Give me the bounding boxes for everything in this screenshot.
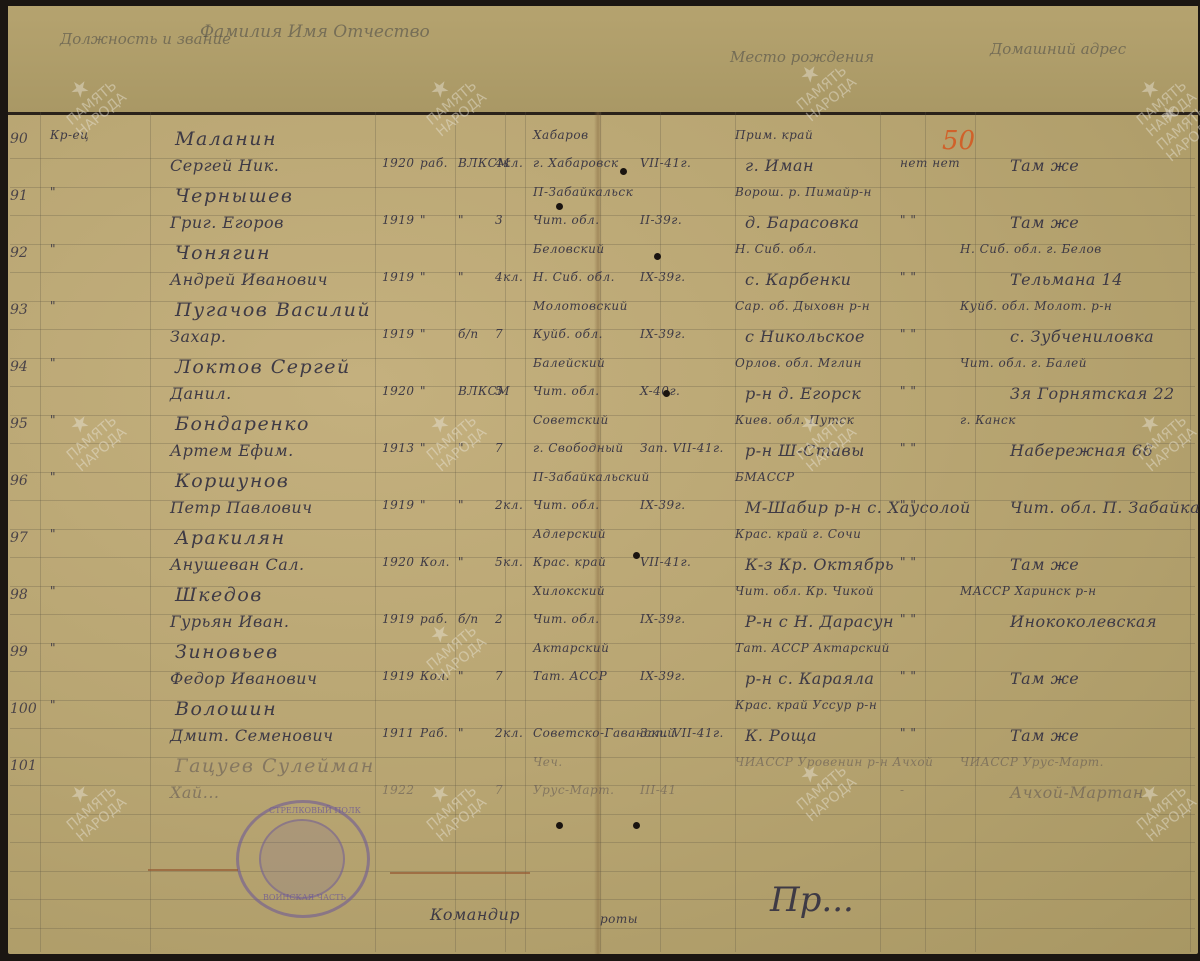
row-number: 95 xyxy=(10,416,28,432)
birth-year-cell: 1913 xyxy=(382,441,415,455)
social-origin-cell: Раб. xyxy=(420,726,448,740)
social-origin-cell: " xyxy=(420,270,426,284)
marks-cell: " " xyxy=(900,213,916,227)
birthplace-line2: д. Барасовка xyxy=(745,213,859,232)
birth-year-cell: 1911 xyxy=(382,726,415,740)
birth-year-cell: 1920 xyxy=(382,384,415,398)
draft-region-cell: г. Свободный xyxy=(533,441,624,455)
surname-cell: Локтов Сергей xyxy=(175,356,351,378)
birthplace-line2: г. Иман xyxy=(745,156,814,175)
given-name-cell: Захар. xyxy=(170,327,226,346)
draft-office-cell: П-Забайкальск xyxy=(533,185,633,199)
rank-cell: " xyxy=(50,185,56,199)
home-address-line2: Чит. обл. П. Забайкальск xyxy=(1010,498,1200,517)
home-address-line2: Там же xyxy=(1010,726,1079,745)
punch-hole xyxy=(556,203,563,210)
rank-cell: " xyxy=(50,698,56,712)
education-cell: 2кл. xyxy=(495,726,523,740)
given-name-cell: Петр Павлович xyxy=(170,498,313,517)
row-number: 90 xyxy=(10,131,28,147)
row-number: 100 xyxy=(10,701,37,717)
surname-cell: Бондаренко xyxy=(175,413,310,435)
punch-hole xyxy=(620,168,627,175)
header-home-address: Домашний адрес xyxy=(990,40,1126,58)
row-number: 93 xyxy=(10,302,28,318)
draft-region-cell: Куйб. обл. xyxy=(533,327,603,341)
draft-region-cell: Н. Сиб. обл. xyxy=(533,270,615,284)
draft-office-cell: Молотовский xyxy=(533,299,628,313)
strike-line xyxy=(390,872,530,874)
given-name-cell: Хай... xyxy=(170,783,220,802)
social-origin-cell: раб. xyxy=(420,156,448,170)
surname-cell: Аракилян xyxy=(175,527,286,549)
column-rule xyxy=(150,112,151,952)
draft-office-cell: Советский xyxy=(533,413,609,427)
home-address-line2: Ачхой-Мартан xyxy=(1010,783,1144,802)
row-number: 92 xyxy=(10,245,28,261)
row-number: 96 xyxy=(10,473,28,489)
draft-office-cell: Актарский xyxy=(533,641,609,655)
birthplace-line1: Чит. обл. Кр. Чикой xyxy=(735,584,874,598)
rule-line xyxy=(10,842,1195,843)
birth-year-cell: 1920 xyxy=(382,156,415,170)
party-cell: " xyxy=(458,555,464,569)
home-address-line1: Н. Сиб. обл. г. Белов xyxy=(960,242,1102,256)
birthplace-line1: Н. Сиб. обл. xyxy=(735,242,817,256)
surname-cell: Пугачов Василий xyxy=(175,299,371,321)
surname-cell: Маланин xyxy=(175,128,277,150)
social-origin-cell: " xyxy=(420,498,426,512)
strike-line xyxy=(148,869,238,871)
birth-year-cell: 1919 xyxy=(382,498,415,512)
draft-region-cell: Крас. край xyxy=(533,555,606,569)
education-cell: 3 xyxy=(495,213,503,227)
column-rule xyxy=(525,112,526,952)
surname-cell: Волошин xyxy=(175,698,277,720)
column-rule xyxy=(925,112,926,952)
home-address-line1: МАССР Харинск р-н xyxy=(960,584,1096,598)
party-cell: " xyxy=(458,213,464,227)
rank-cell: " xyxy=(50,413,56,427)
punch-hole xyxy=(663,390,670,397)
draft-date-cell: IX-39г. xyxy=(640,270,686,284)
birth-year-cell: 1919 xyxy=(382,213,415,227)
rank-cell: " xyxy=(50,356,56,370)
birth-year-cell: 1919 xyxy=(382,612,415,626)
given-name-cell: Григ. Егоров xyxy=(170,213,284,232)
stamp-top-text: СТРЕЛКОВЫЙ ПОЛК xyxy=(269,806,361,815)
party-cell: " xyxy=(458,270,464,284)
draft-office-cell: Чеч. xyxy=(533,755,563,769)
birthplace-line1: БМАССР xyxy=(735,470,795,484)
surname-cell: Гацуев Сулейман xyxy=(175,755,375,777)
given-name-cell: Андрей Иванович xyxy=(170,270,328,289)
draft-date-cell: IX-39г. xyxy=(640,327,686,341)
birthplace-line1: Крас. край Уссур р-н xyxy=(735,698,877,712)
home-address-line2: 3я Горнятская 22 xyxy=(1010,384,1175,403)
home-address-line1: г. Канск xyxy=(960,413,1016,427)
column-rule xyxy=(975,112,976,952)
education-cell: 2 xyxy=(495,612,503,626)
education-cell: 7 xyxy=(495,669,503,683)
draft-office-cell: Хилокский xyxy=(533,584,605,598)
rule-line xyxy=(10,899,1195,900)
marks-cell: " " xyxy=(900,327,916,341)
draft-date-cell: III-41 xyxy=(640,783,677,797)
given-name-cell: Гурьян Иван. xyxy=(170,612,289,631)
education-cell: 4кл. xyxy=(495,270,523,284)
marks-cell: " " xyxy=(900,555,916,569)
given-name-cell: Сергей Ник. xyxy=(170,156,279,175)
draft-date-cell: VII-41г. xyxy=(640,555,691,569)
marks-cell: " " xyxy=(900,726,916,740)
birthplace-line2: К. Роща xyxy=(745,726,817,745)
given-name-cell: Дмит. Семенович xyxy=(170,726,334,745)
draft-office-cell: Беловский xyxy=(533,242,605,256)
birth-year-cell: 1919 xyxy=(382,327,415,341)
punch-hole xyxy=(633,552,640,559)
column-rule xyxy=(505,112,506,952)
birthplace-line1: Тат. АССР Актарский xyxy=(735,641,890,655)
rank-cell: " xyxy=(50,527,56,541)
home-address-line1: Куйб. обл. Молот. р-н xyxy=(960,299,1112,313)
draft-date-cell: Зап. VII-41г. xyxy=(640,441,724,455)
social-origin-cell: Кол. xyxy=(420,555,450,569)
home-address-line2: Тельмана 14 xyxy=(1010,270,1123,289)
draft-region-cell: Чит. обл. xyxy=(533,612,600,626)
birth-year-cell: 1922 xyxy=(382,783,415,797)
header-strip xyxy=(8,6,1198,115)
birthplace-line2: М-Шабир р-н с. Хаусолой xyxy=(745,498,971,517)
official-stamp: СТРЕЛКОВЫЙ ПОЛК ВОИНСКАЯ ЧАСТЬ xyxy=(236,800,370,918)
home-address-line2: Там же xyxy=(1010,213,1079,232)
social-origin-cell: " xyxy=(420,384,426,398)
draft-region-cell: Чит. обл. xyxy=(533,384,600,398)
home-address-line1: Чит. обл. г. Балей xyxy=(960,356,1087,370)
punch-hole xyxy=(654,253,661,260)
draft-date-cell: IX-39г. xyxy=(640,498,686,512)
row-number: 101 xyxy=(10,758,37,774)
birthplace-line2: К-з Кр. Октябрь xyxy=(745,555,894,574)
social-origin-cell: " xyxy=(420,327,426,341)
marks-cell: " " xyxy=(900,498,916,512)
home-address-line2: Там же xyxy=(1010,555,1079,574)
home-address-line2: Там же xyxy=(1010,669,1079,688)
draft-office-cell: Адлерский xyxy=(533,527,606,541)
marks-cell: " " xyxy=(900,669,916,683)
birthplace-line2: Р-н с Н. Дарасун xyxy=(745,612,894,631)
office-label: роты xyxy=(600,912,638,926)
given-name-cell: Артем Ефим. xyxy=(170,441,294,460)
row-number: 98 xyxy=(10,587,28,603)
row-number: 99 xyxy=(10,644,28,660)
birthplace-line2: с Никольское xyxy=(745,327,865,346)
marks-cell: - xyxy=(900,783,905,797)
row-number: 97 xyxy=(10,530,28,546)
row-number: 91 xyxy=(10,188,28,204)
birthplace-line1: Крас. край г. Сочи xyxy=(735,527,861,541)
marks-cell: " " xyxy=(900,384,916,398)
draft-date-cell: Зап. VII-41г. xyxy=(640,726,724,740)
surname-cell: Шкедов xyxy=(175,584,263,606)
education-cell: 7 xyxy=(495,783,503,797)
column-rule xyxy=(1190,112,1191,952)
draft-office-cell: П-Забайкальский xyxy=(533,470,650,484)
draft-date-cell: IX-39г. xyxy=(640,669,686,683)
birthplace-line1: Прим. край xyxy=(735,128,813,142)
marks-cell: " " xyxy=(900,270,916,284)
given-name-cell: Федор Иванович xyxy=(170,669,317,688)
rank-cell: " xyxy=(50,470,56,484)
birthplace-line1: Орлов. обл. Мглин xyxy=(735,356,862,370)
commander-label: Командир xyxy=(430,905,520,924)
marks-cell: " " xyxy=(900,441,916,455)
column-rule xyxy=(880,112,881,952)
header-name: Фамилия Имя Отчество xyxy=(200,22,430,42)
education-cell: 2кл. xyxy=(495,498,523,512)
given-name-cell: Данил. xyxy=(170,384,232,403)
row-number: 94 xyxy=(10,359,28,375)
surname-cell: Коршунов xyxy=(175,470,289,492)
rank-cell: " xyxy=(50,641,56,655)
birth-year-cell: 1919 xyxy=(382,669,415,683)
page-number: 50 xyxy=(942,126,975,156)
education-cell: 5 xyxy=(495,384,503,398)
draft-region-cell: Чит. обл. xyxy=(533,498,600,512)
draft-office-cell: Хабаров xyxy=(533,128,589,142)
rule-line xyxy=(10,814,1195,815)
home-address-line2: Там же xyxy=(1010,156,1079,175)
surname-cell: Чернышев xyxy=(175,185,293,207)
given-name-cell: Анушеван Сал. xyxy=(170,555,305,574)
rule-line xyxy=(10,928,1195,929)
draft-date-cell: VII-41г. xyxy=(640,156,691,170)
rank-cell: " xyxy=(50,242,56,256)
birth-year-cell: 1919 xyxy=(382,270,415,284)
draft-region-cell: г. Хабаровск xyxy=(533,156,619,170)
stamp-emblem xyxy=(259,819,345,899)
column-rule xyxy=(375,112,376,952)
draft-region-cell: Тат. АССР xyxy=(533,669,607,683)
birthplace-line1: Сар. об. Дыховн р-н xyxy=(735,299,870,313)
surname-cell: Зиновьев xyxy=(175,641,279,663)
rank-cell: " xyxy=(50,584,56,598)
party-cell: " xyxy=(458,498,464,512)
home-address-line2: Инококолевская xyxy=(1010,612,1157,631)
education-cell: 7 xyxy=(495,327,503,341)
social-origin-cell: " xyxy=(420,213,426,227)
birthplace-line2: р-н с. Караяла xyxy=(745,669,874,688)
marks-cell: " " xyxy=(900,612,916,626)
home-address-line2: с. Зубчениловка xyxy=(1010,327,1154,346)
birthplace-line2: с. Карбенки xyxy=(745,270,851,289)
draft-date-cell: X-40г. xyxy=(640,384,680,398)
signature: Пр... xyxy=(770,880,854,920)
draft-region-cell: Урус-Март. xyxy=(533,783,614,797)
punch-hole xyxy=(633,822,640,829)
home-address-line1: ЧИАССР Урус-Март. xyxy=(960,755,1104,769)
education-cell: 4кл. xyxy=(495,156,523,170)
birthplace-line1: Ворош. р. Пимайр-н xyxy=(735,185,872,199)
party-cell: " xyxy=(458,726,464,740)
education-cell: 5кл. xyxy=(495,555,523,569)
punch-hole xyxy=(556,822,563,829)
rank-cell: " xyxy=(50,299,56,313)
stamp-bottom-text: ВОИНСКАЯ ЧАСТЬ xyxy=(263,893,346,902)
surname-cell: Чонягин xyxy=(175,242,271,264)
marks-cell: нет нет xyxy=(900,156,960,170)
draft-date-cell: II-39г. xyxy=(640,213,682,227)
party-cell: б/п xyxy=(458,327,479,341)
draft-office-cell: Балейский xyxy=(533,356,605,370)
draft-date-cell: IX-39г. xyxy=(640,612,686,626)
column-rule xyxy=(40,112,41,952)
draft-region-cell: Чит. обл. xyxy=(533,213,600,227)
column-rule xyxy=(660,112,661,952)
birthplace-line2: р-н д. Егорск xyxy=(745,384,861,403)
birth-year-cell: 1920 xyxy=(382,555,415,569)
education-cell: 7 xyxy=(495,441,503,455)
